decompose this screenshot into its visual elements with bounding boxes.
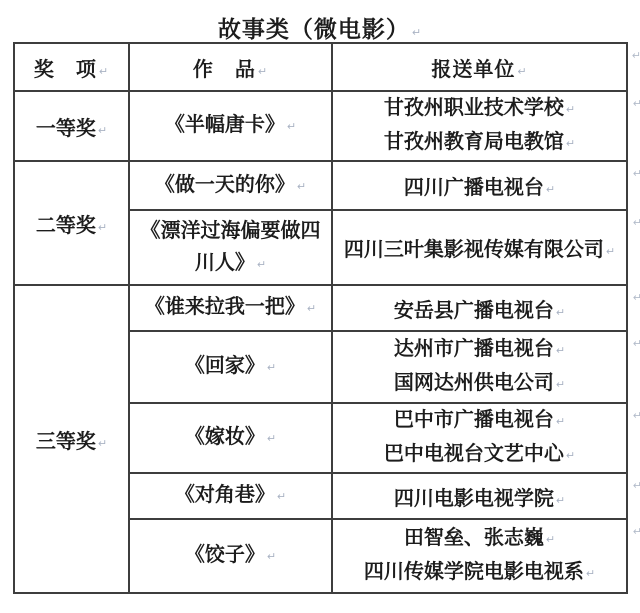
page-title: 故事类（微电影）↵ xyxy=(0,0,640,42)
work-cell: 《漂洋过海偏要做四川人》↵ xyxy=(129,210,332,285)
return-mark-icon: ↵ xyxy=(267,550,276,563)
return-mark-icon: ↵ xyxy=(633,291,640,304)
return-mark-icon: ↵ xyxy=(267,361,276,374)
return-mark-icon: ↵ xyxy=(307,302,316,315)
work-cell: 《对角巷》↵ xyxy=(129,473,332,519)
award-cell: 三等奖↵ xyxy=(14,285,129,593)
return-mark-icon: ↵ xyxy=(633,167,640,180)
return-mark-icon: ↵ xyxy=(277,490,286,503)
award-cell: 一等奖↵ xyxy=(14,91,129,161)
return-mark-icon: ↵ xyxy=(546,533,555,546)
org-cell: 四川广播电视台↵↵ xyxy=(332,161,627,210)
award-cell: 二等奖↵ xyxy=(14,161,129,285)
return-mark-icon: ↵ xyxy=(633,525,640,538)
return-mark-icon: ↵ xyxy=(98,221,107,234)
return-mark-icon: ↵ xyxy=(297,180,306,193)
work-cell: 《回家》↵ xyxy=(129,331,332,403)
work-cell: 《做一天的你》↵ xyxy=(129,161,332,210)
return-mark-icon: ↵ xyxy=(633,216,640,229)
return-mark-icon: ↵ xyxy=(586,567,595,580)
return-mark-icon: ↵ xyxy=(566,449,575,462)
return-mark-icon: ↵ xyxy=(566,137,575,150)
return-mark-icon: ↵ xyxy=(287,120,296,133)
return-mark-icon: ↵ xyxy=(556,306,565,319)
table-row: 三等奖↵ 《谁来拉我一把》↵ 安岳县广播电视台↵↵ xyxy=(14,285,627,331)
header-work: 作 品↵ xyxy=(129,43,332,91)
work-cell: 《饺子》↵ xyxy=(129,519,332,593)
return-mark-icon: ↵ xyxy=(546,183,555,196)
return-mark-icon: ↵ xyxy=(606,245,615,258)
org-cell: 安岳县广播电视台↵↵ xyxy=(332,285,627,331)
org-cell: 达州市广播电视台↵ 国网达州供电公司↵ ↵ xyxy=(332,331,627,403)
awards-table: 奖 项↵ 作 品↵ 报送单位↵↵ 一等奖↵ 《半幅唐卡》↵ 甘孜州职业技术学校↵… xyxy=(13,42,628,594)
return-mark-icon: ↵ xyxy=(98,124,107,137)
return-mark-icon: ↵ xyxy=(566,103,575,116)
header-award: 奖 项↵ xyxy=(14,43,129,91)
return-mark-icon: ↵ xyxy=(517,65,527,78)
header-row: 奖 项↵ 作 品↵ 报送单位↵↵ xyxy=(14,43,627,91)
org-cell: 巴中市广播电视台↵ 巴中电视台文艺中心↵ ↵ xyxy=(332,403,627,473)
return-mark-icon: ↵ xyxy=(556,494,565,507)
header-org: 报送单位↵↵ xyxy=(332,43,627,91)
table-row: 二等奖↵ 《做一天的你》↵ 四川广播电视台↵↵ xyxy=(14,161,627,210)
return-mark-icon: ↵ xyxy=(633,479,640,492)
table-row: 一等奖↵ 《半幅唐卡》↵ 甘孜州职业技术学校↵ 甘孜州教育局电教馆↵ ↵ xyxy=(14,91,627,161)
return-mark-icon: ↵ xyxy=(556,344,565,357)
work-cell: 《谁来拉我一把》↵ xyxy=(129,285,332,331)
return-mark-icon: ↵ xyxy=(267,432,276,445)
org-cell: 四川电影电视学院↵↵ xyxy=(332,473,627,519)
return-mark-icon: ↵ xyxy=(412,26,422,39)
org-cell: 四川三叶集影视传媒有限公司↵↵ xyxy=(332,210,627,285)
org-cell: 甘孜州职业技术学校↵ 甘孜州教育局电教馆↵ ↵ xyxy=(332,91,627,161)
return-mark-icon: ↵ xyxy=(556,378,565,391)
return-mark-icon: ↵ xyxy=(556,415,565,428)
return-mark-icon: ↵ xyxy=(99,65,109,78)
work-cell: 《半幅唐卡》↵ xyxy=(129,91,332,161)
return-mark-icon: ↵ xyxy=(257,258,266,271)
work-cell: 《嫁妆》↵ xyxy=(129,403,332,473)
return-mark-icon: ↵ xyxy=(633,337,640,350)
org-cell: 田智垒、张志巍↵ 四川传媒学院电影电视系↵ ↵ xyxy=(332,519,627,593)
return-mark-icon: ↵ xyxy=(632,49,640,62)
return-mark-icon: ↵ xyxy=(258,65,268,78)
return-mark-icon: ↵ xyxy=(633,409,640,422)
return-mark-icon: ↵ xyxy=(633,97,640,110)
return-mark-icon: ↵ xyxy=(98,437,107,450)
